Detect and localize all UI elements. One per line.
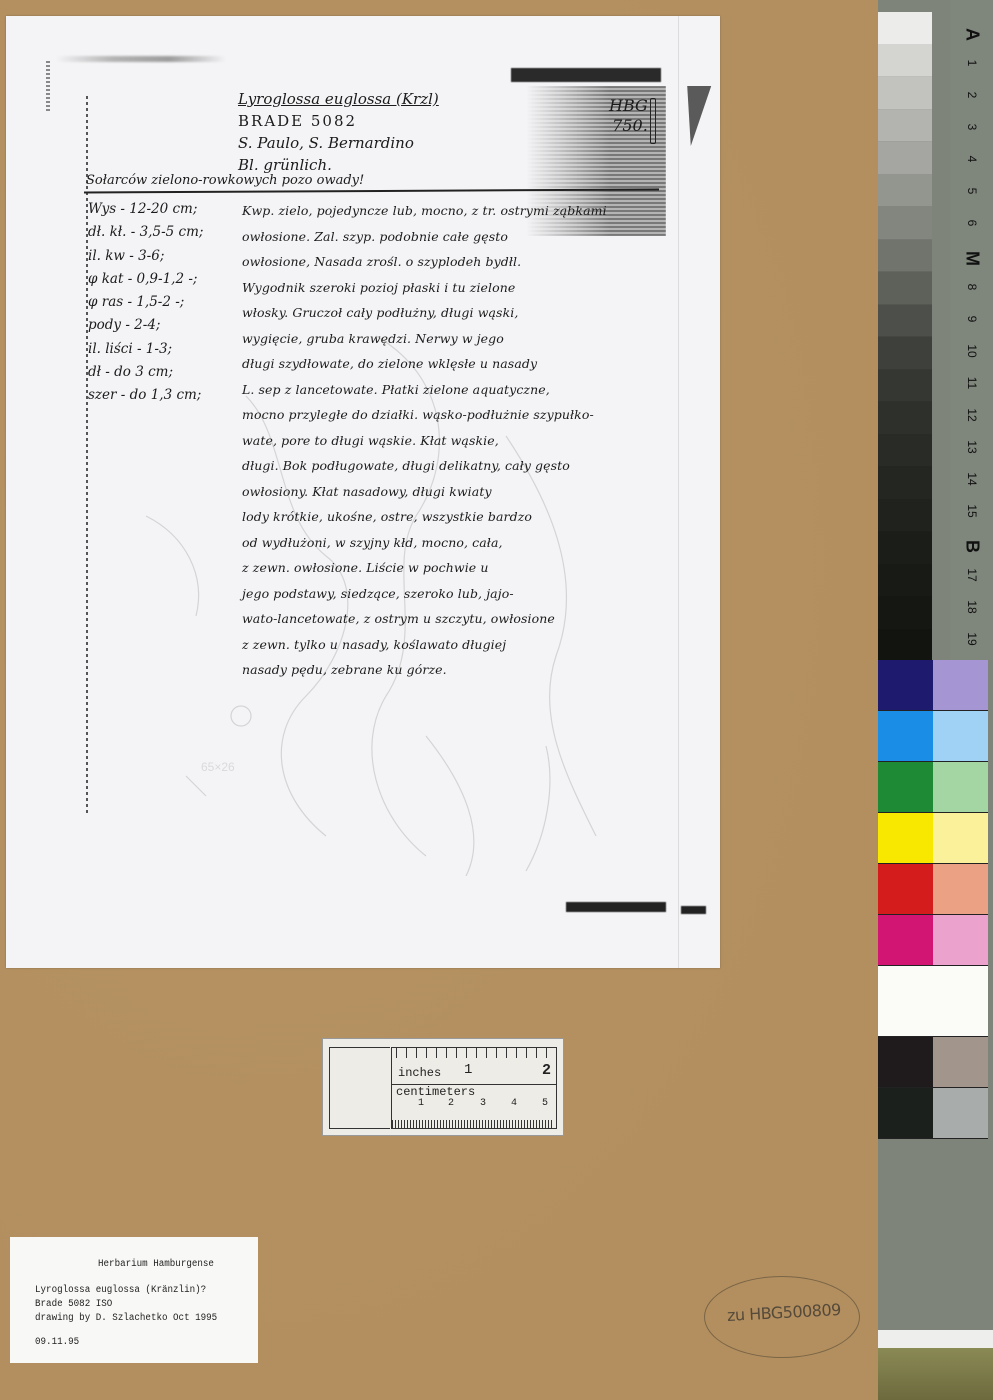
cm-mark-1: 1 xyxy=(418,1098,424,1109)
label-date: 09.11.95 xyxy=(35,1337,79,1348)
measurement-row: Wys - 12-20 cm; xyxy=(88,198,203,221)
description-line: owłosiony. Kłat nasadowy, długi kwiaty xyxy=(242,479,607,505)
grey-swatch xyxy=(878,110,932,143)
measurement-row: dł - do 3 cm; xyxy=(88,361,203,384)
measurement-row: pody - 2-4; xyxy=(88,314,203,337)
locality: S. Paulo, S. Bernardino xyxy=(238,132,439,154)
grey-swatch xyxy=(878,45,932,78)
grey-scale-label: 6 xyxy=(965,213,979,233)
grey-swatch xyxy=(878,630,932,663)
measurement-row: dł. kł. - 3,5-5 cm; xyxy=(88,221,203,244)
grey-swatch xyxy=(878,175,932,208)
grey-scale-label: 5 xyxy=(965,181,979,201)
hbg-mark: HBG 750. xyxy=(609,96,648,136)
measurement-row: φ kat - 0,9-1,2 -; xyxy=(88,268,203,291)
color-patch-row xyxy=(878,966,988,1037)
cm-ticks xyxy=(392,1120,552,1128)
photocopy-sheet: 65×26 Lyroglossa euglossa (Krzl) BRADE 5… xyxy=(6,16,720,968)
description-line: owłosione. Zal. szyp. podobnie całe gęst… xyxy=(242,224,607,250)
institution-name: Herbarium Hamburgense xyxy=(98,1259,214,1270)
grey-scale-label: 12 xyxy=(965,405,979,425)
description-line: długi szydłowate, do zielone wklęsłe u n… xyxy=(242,351,607,377)
grey-scale-label: 13 xyxy=(965,437,979,457)
grey-scale-label: 14 xyxy=(965,469,979,489)
grey-swatch xyxy=(878,597,932,630)
copy-edge-bar-bottom-2 xyxy=(681,906,706,914)
ruler-body: inches 1 2 centimeters 1 2 3 4 5 xyxy=(391,1047,557,1129)
copy-specks xyxy=(46,61,50,111)
grey-swatch xyxy=(878,532,932,565)
color-patch-row xyxy=(878,864,988,915)
color-swatch xyxy=(878,711,933,761)
color-swatch xyxy=(878,915,933,965)
cm-mark-2: 2 xyxy=(448,1098,454,1109)
grey-swatch xyxy=(878,142,932,175)
grey-scale-label: 10 xyxy=(965,341,979,361)
inches-label: inches xyxy=(398,1066,441,1080)
color-calibration-chart: A123456M89101112131415B171819 xyxy=(878,0,993,1400)
color-swatch xyxy=(933,1088,988,1138)
color-swatch xyxy=(878,813,933,863)
taxon-name: Lyroglossa euglossa (Kränzlin)? xyxy=(35,1285,206,1296)
color-swatch xyxy=(933,660,988,710)
copy-edge-bar-bottom xyxy=(566,902,666,912)
grey-scale-label: 8 xyxy=(965,277,979,297)
grey-swatch xyxy=(878,565,932,598)
collector-number: BRADE 5082 xyxy=(238,110,439,132)
color-swatch xyxy=(933,762,988,812)
description-line: wato-lancetowate, z ostrym u szczytu, ow… xyxy=(242,606,607,632)
grey-swatch xyxy=(878,337,932,370)
color-patch-row xyxy=(878,813,988,864)
grey-swatch xyxy=(878,402,932,435)
copy-smudge xyxy=(56,56,226,62)
color-patch-row xyxy=(878,1088,988,1139)
grey-scale-label: 19 xyxy=(965,629,979,649)
grey-scale-label: M xyxy=(962,249,983,269)
grey-scale-label: 18 xyxy=(965,597,979,617)
grey-swatch xyxy=(878,500,932,533)
grey-swatch xyxy=(878,467,932,500)
color-patches xyxy=(878,660,988,1139)
description-line: owłosione, Nasada zrośl. o szyplodeh byd… xyxy=(242,249,607,275)
description-line: nasady pędu, zebrane ku górze. xyxy=(242,657,607,683)
grey-swatch xyxy=(878,272,932,305)
measurement-row: φ ras - 1,5-2 -; xyxy=(88,291,203,314)
grey-scale-label: 11 xyxy=(965,373,979,393)
color-swatch xyxy=(933,1037,988,1087)
grey-swatch xyxy=(878,435,932,468)
centimeters-label: centimeters xyxy=(396,1085,475,1099)
hbg-mark-line2: 750. xyxy=(609,116,648,136)
collection-number: Brade 5082 ISO xyxy=(35,1299,112,1310)
measurement-row: il. kw - 3-6; xyxy=(88,245,203,268)
sheet-fold-line xyxy=(678,16,679,968)
description-line: L. sep z lancetowate. Płatki zielone aqu… xyxy=(242,377,607,403)
copy-wedge xyxy=(679,86,711,146)
chart-bottom-edge xyxy=(878,1330,993,1400)
grey-swatch xyxy=(878,370,932,403)
grey-swatch xyxy=(878,305,932,338)
svg-text:65×26: 65×26 xyxy=(201,760,235,774)
grey-scale-label: 1 xyxy=(965,53,979,73)
description-line: długi. Bok podługowate, długi delikatny,… xyxy=(242,453,607,479)
grey-swatch xyxy=(878,12,932,45)
color-swatch xyxy=(878,660,933,710)
measurement-row: il. liści - 1-3; xyxy=(88,338,203,361)
color-swatch xyxy=(878,1037,933,1087)
copy-edge-bar xyxy=(511,68,661,82)
grey-scale-label: 9 xyxy=(965,309,979,329)
hbg-mark-line1: HBG xyxy=(609,96,648,116)
description-line: jego podstawy, siedzące, szeroko lub, ja… xyxy=(242,581,607,607)
measurements-column: Wys - 12-20 cm; dł. kł. - 3,5-5 cm; il. … xyxy=(88,198,203,408)
grey-scale-label: 2 xyxy=(965,85,979,105)
color-swatch xyxy=(878,864,933,914)
cm-mark-3: 3 xyxy=(480,1098,486,1109)
description-text: Kwp. zielo, pojedyncze lub, mocno, z tr.… xyxy=(242,198,607,683)
grey-scale-label: 4 xyxy=(965,149,979,169)
color-swatch xyxy=(933,915,988,965)
ruler-stub xyxy=(329,1047,390,1129)
grey-scale-label: 15 xyxy=(965,501,979,521)
grey-swatch xyxy=(878,77,932,110)
description-line: mocno przyległe do działki. wąsko-podłuż… xyxy=(242,402,607,428)
description-line: lody krótkie, ukośne, ostre, wszystkie b… xyxy=(242,504,607,530)
grey-scale-labels: A123456M89101112131415B171819 xyxy=(950,0,993,660)
grey-scale-strip xyxy=(878,12,932,662)
cm-mark-4: 4 xyxy=(511,1098,517,1109)
herbarium-label: Herbarium Hamburgense Lyroglossa eugloss… xyxy=(10,1237,258,1363)
inch-mark-2: 2 xyxy=(542,1062,551,1079)
catalog-number: zu HBG500809 xyxy=(727,1300,842,1325)
drawing-credit: drawing by D. Szlachetko Oct 1995 xyxy=(35,1313,217,1324)
measurement-row: szer - do 1,3 cm; xyxy=(88,384,203,407)
description-line: Wygodnik szeroki pozioj płaski i tu ziel… xyxy=(242,275,607,301)
grey-scale-label: 3 xyxy=(965,117,979,137)
color-swatch xyxy=(933,864,988,914)
color-swatch xyxy=(878,1088,933,1138)
description-line: wate, pore to długi wąskie. Kłat wąskie, xyxy=(242,428,607,454)
description-line: z zewn. owłosione. Liście w pochwie u xyxy=(242,555,607,581)
description-line: z zewn. tylko u nasady, koślawato długie… xyxy=(242,632,607,658)
color-patch-row xyxy=(878,1037,988,1088)
color-patch-row xyxy=(878,762,988,813)
grey-scale-label: A xyxy=(962,25,983,45)
description-line: Kwp. zielo, pojedyncze lub, mocno, z tr.… xyxy=(242,198,607,224)
color-patch-row xyxy=(878,711,988,762)
color-swatch xyxy=(933,711,988,761)
description-line: wygięcie, gruba krawędzi. Nerwy w jego xyxy=(242,326,607,352)
color-patch-row xyxy=(878,915,988,966)
inch-ticks xyxy=(396,1048,552,1068)
scale-ruler: inches 1 2 centimeters 1 2 3 4 5 xyxy=(322,1038,564,1136)
grey-swatch xyxy=(878,240,932,273)
grey-scale-label: 17 xyxy=(965,565,979,585)
grey-swatch xyxy=(878,207,932,240)
color-patch-row xyxy=(878,660,988,711)
cm-mark-5: 5 xyxy=(542,1098,548,1109)
color-swatch xyxy=(933,813,988,863)
grey-scale-label: B xyxy=(962,537,983,557)
description-line: od wydłużoni, w szyjny kłd, mocno, cała, xyxy=(242,530,607,556)
subheading-note: Sołarców zielono-rowkowych pozo owady! xyxy=(86,173,364,188)
description-line: włosky. Gruczoł cały podłużny, długi wąs… xyxy=(242,300,607,326)
specimen-title-block: Lyroglossa euglossa (Krzl) BRADE 5082 S.… xyxy=(238,88,439,176)
color-swatch xyxy=(878,762,933,812)
hbg-bracket xyxy=(650,98,656,144)
inch-mark-1: 1 xyxy=(464,1062,472,1078)
catalog-stamp: zu HBG500809 xyxy=(704,1276,860,1358)
species-name: Lyroglossa euglossa (Krzl) xyxy=(238,88,439,110)
